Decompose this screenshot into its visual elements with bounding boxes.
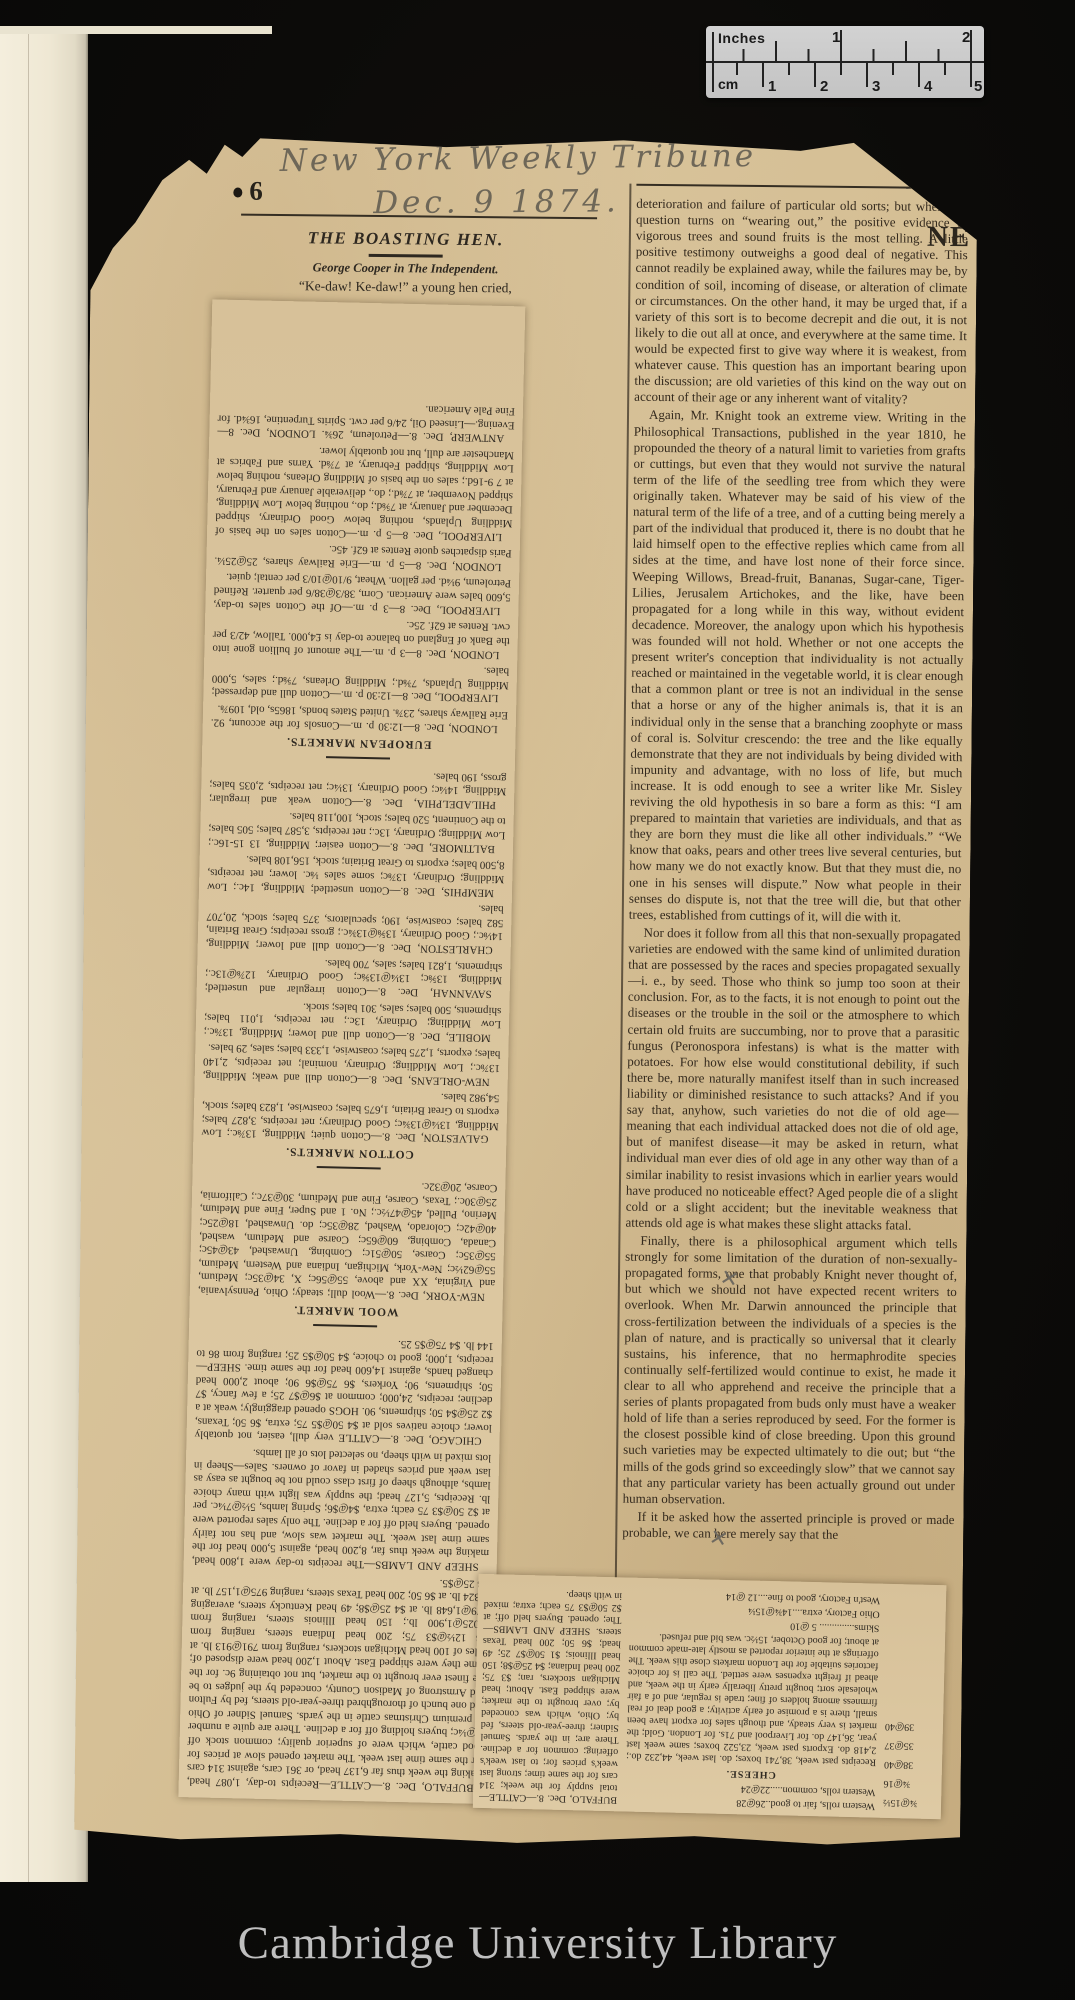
ruler-cm-number: 5 <box>974 78 982 95</box>
library-watermark: Cambridge University Library <box>238 1916 838 1970</box>
clipping-paragraph: MEMPHIS, Dec. 8.—Cotton unsettled; Middl… <box>207 851 505 899</box>
poem-byline: George Cooper in The Independent. <box>220 259 590 278</box>
article-paragraph: Nor does it follow from all this that no… <box>625 925 960 1235</box>
edge-figure: ¾@16 <box>883 1774 935 1794</box>
clipping-column-livestock: BUFFALO, Dec. 8.—CATTLE—total supply for… <box>479 1580 622 1805</box>
ruler-inches-label: Inches <box>718 30 765 46</box>
handwritten-title: New York Weekly Tribune <box>280 138 757 179</box>
ruler-cm-number: 3 <box>872 78 880 95</box>
ruler-cm-number: 4 <box>924 78 932 95</box>
clipping-section-header: WOOL MARKET. <box>197 1300 494 1321</box>
ruler-cm-number: 1 <box>768 78 776 95</box>
album-page-top-edge <box>0 26 272 34</box>
section-ornament-rule <box>317 1167 381 1170</box>
clipping-paragraph: LONDON, Dec. 8—12:30 p. m.—Consols for t… <box>211 701 509 735</box>
ruler-cm-ticks <box>712 63 978 87</box>
ruler-zero-tick <box>712 32 714 92</box>
clipping-paragraph: MOBILE, Dec. 8.—Cotton dull and lower; M… <box>204 996 502 1044</box>
bottom-clipping-inverted: ¾@15½ ¾@16 38@40 35@37 39@40 Western rol… <box>473 1574 947 1819</box>
clipping-paragraph: CHICAGO, Dec. 8.—CATTLE very dull, easie… <box>194 1332 493 1448</box>
pasted-clipping-inverted: BUFFALO, Dec. 8.—CATTLE—Receipts to-day,… <box>178 299 525 1804</box>
pencil-x-mark: ✕ <box>707 1525 730 1553</box>
article-paragraph: deterioration and failure of particular … <box>634 196 968 409</box>
section-ornament-rule <box>326 756 390 759</box>
poem-header: THE BOASTING HEN. George Cooper in The I… <box>220 227 591 297</box>
clipping-paragraph: SHEEP AND LAMBS—The receipts to-day were… <box>192 1444 492 1573</box>
clipping-paragraph: LONDON, Dec. 8—3 p. m.—The amount of bul… <box>212 613 510 661</box>
newspaper-page: New York Weekly Tribune Dec. 9 1874. 112… <box>74 128 978 1849</box>
article-paragraph: Finally, there is a philosophical argume… <box>623 1233 958 1510</box>
clipping-paragraph: BUFFALO, Dec. 8.—CATTLE—Receipts to-day,… <box>187 1569 489 1794</box>
poem-title-rule <box>369 254 443 258</box>
poem-title: THE BOASTING HEN. <box>221 227 591 251</box>
article-column: deterioration and failure of particular … <box>622 196 968 1546</box>
clipping-section-header: COTTON MARKETS. <box>201 1143 498 1164</box>
ruler-inch-number: 2 <box>962 29 970 46</box>
ruler-inch-number: 1 <box>832 29 840 46</box>
clipping-paragraph: SAVANNAH, Dec. 8.—Cotton irregular and u… <box>205 953 503 1001</box>
clipping-paragraph: NEW-ORLEANS, Dec. 8.—Cotton dull and wea… <box>203 1040 501 1088</box>
edge-figure: 39@40 <box>885 1717 937 1737</box>
ruler-cm-number: 2 <box>820 78 828 95</box>
clipping-paragraph: LIVERPOOL, Dec. 8—5 p. m.—Cotton sales o… <box>215 441 514 543</box>
cheese-report-paragraph: Receipts past week, 38,741 boxes; do. la… <box>626 1630 879 1768</box>
clipping-paragraph: NEW-YORK, Dec. 8.—Wool dull; steady; Ohi… <box>198 1174 498 1303</box>
article-paragraph: Again, Mr. Knight took an extreme view. … <box>629 407 966 926</box>
clipping-edge-figures: ¾@15½ ¾@16 38@40 35@37 39@40 <box>883 1590 940 1813</box>
ink-spot <box>233 187 242 197</box>
archive-photo: Inches cm 1 2 1 2 3 4 5 New York Weekly … <box>0 0 1075 2000</box>
clipping-paragraph: LONDON, Dec. 8—5 p. m.—Erie Railway shar… <box>214 539 512 573</box>
measuring-ruler: Inches cm 1 2 1 2 3 4 5 <box>706 26 984 98</box>
poem-first-line: “Ke-daw! Ke-daw!” a young hen cried, <box>220 277 590 297</box>
clipping-paragraph: PHILADELPHIA, Dec. 8.—Cotton weak and ir… <box>209 763 507 811</box>
ruler-cm-label: cm <box>718 76 738 92</box>
edge-figure: ¾@15½ <box>883 1793 935 1813</box>
header-rule-right <box>636 184 969 189</box>
handwritten-folio-number: 112 <box>902 160 956 196</box>
clipping-column-dairy: Western rolls, fair to good..26@28 Weste… <box>625 1584 880 1812</box>
album-page-crease <box>28 26 29 1882</box>
clipping-paragraph: LIVERPOOL, Dec. 8—12:30 p. m.—Cotton dul… <box>211 657 509 705</box>
clipping-paragraph: CHARLESTON, Dec. 8.—Cotton dull and lowe… <box>206 895 504 956</box>
album-page-edge <box>0 26 88 1882</box>
clipping-paragraph: BALTIMORE, Dec. 8.—Cotton easier; Middli… <box>208 807 506 855</box>
ruler-midline <box>706 61 984 63</box>
clipping-paragraph: LIVERPOOL, Dec. 8—3 p. m.—Of the Cotton … <box>213 569 511 617</box>
livestock-report-paragraph: BUFFALO, Dec. 8.—CATTLE—total supply for… <box>479 1586 622 1805</box>
clipping-paragraph: ANTWERP, Dec. 8.—Petroleum, 26¾. LONDON,… <box>217 397 515 445</box>
clipping-section-header: EUROPEAN MARKETS. <box>210 732 507 753</box>
clipping-paragraph: GALVESTON, Dec. 8.—Cotton quiet; Middlin… <box>201 1084 499 1145</box>
edge-figure: 35@37 <box>884 1736 936 1756</box>
page-number: 6 <box>249 176 263 207</box>
section-ornament-rule <box>314 1324 378 1327</box>
edge-figure: 38@40 <box>884 1755 936 1775</box>
article-paragraph: If it be asked how the asserted principl… <box>622 1508 954 1544</box>
